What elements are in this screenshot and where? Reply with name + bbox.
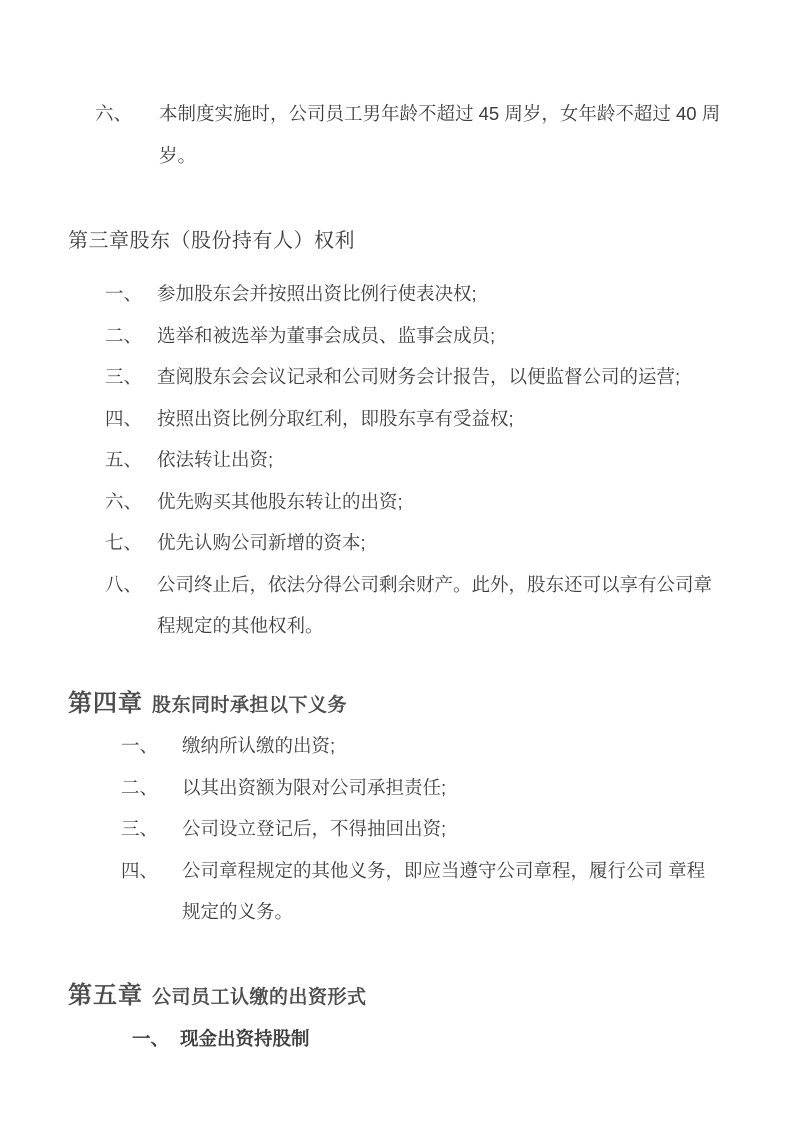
list-item: 三、 查阅股东会会议记录和公司财务会计报告，以便监督公司的运营; [157,356,725,398]
list-item-number: 二、 [121,767,158,809]
list-item: 一、 缴纳所认缴的出资; [182,725,714,767]
list-item: 六、 优先购买其他股东转让的出资; [157,481,725,523]
list-item: 一、 现金出资持股制 [180,1018,600,1060]
list-item: 四、 按照出资比例分取红利，即股东享有受益权; [157,398,725,440]
list-item-number: 六、 [105,481,142,523]
list-item: 七、 优先认购公司新增的资本; [157,522,725,564]
list-item-number: 四、 [105,398,142,440]
list-item-text: 本制度实施时，公司员工男年龄不超过 45 周岁，女年龄不超过 40 周岁。 [159,103,720,166]
list-item: 二、 选举和被选举为董事会成员、监事会成员; [157,315,725,357]
chapter5-list: 一、 现金出资持股制 [180,1018,600,1060]
chapter3-list: 一、 参加股东会并按照出资比例行使表决权; 二、 选举和被选举为董事会成员、监事… [157,273,725,647]
list-item-text: 参加股东会并按照出资比例行使表决权; [157,283,477,304]
document-page: 六、 本制度实施时，公司员工男年龄不超过 45 周岁，女年龄不超过 40 周岁。… [0,0,793,1122]
list-item-number: 一、 [132,1018,169,1060]
chapter5-heading: 第五章 公司员工认缴的出资形式 [68,975,367,1010]
list-item-text: 以其出资额为限对公司承担责任; [182,777,446,798]
list-item-number: 五、 [105,439,142,481]
chapter4-title: 股东同时承担以下义务 [152,690,347,717]
chapter4-heading: 第四章 股东同时承担以下义务 [68,683,347,718]
list-item-text: 缴纳所认缴的出资; [182,735,335,756]
list-item: 一、 参加股东会并按照出资比例行使表决权; [157,273,725,315]
chapter5-title: 公司员工认缴的出资形式 [152,982,367,1009]
list-item-text: 公司终止后，依法分得公司剩余财产。此外，股东还可以享有公司章程规定的其他权利。 [157,574,712,637]
list-item-number: 一、 [105,273,142,315]
list-item-number: 七、 [105,522,142,564]
list-item-text: 选举和被选举为董事会成员、监事会成员; [157,325,495,346]
chapter4-number: 第四章 [68,683,143,718]
list-item-number: 一、 [121,725,158,767]
list-item: 三、 公司设立登记后，不得抽回出资; [182,808,714,850]
list-item-text: 现金出资持股制 [180,1028,310,1049]
list-item-number: 四、 [121,850,158,892]
chapter5-number: 第五章 [68,975,143,1010]
chapter3-heading: 第三章股东（股份持有人）权利 [68,229,355,253]
list-item-text: 查阅股东会会议记录和公司财务会计报告，以便监督公司的运营; [157,366,680,387]
chapter4-list: 一、 缴纳所认缴的出资; 二、 以其出资额为限对公司承担责任; 三、 公司设立登… [182,725,714,933]
list-item-number: 六、 [95,93,132,135]
list-item-text: 公司章程规定的其他义务，即应当遵守公司章程，履行公司 章程规定的义务。 [182,860,705,923]
list-item-text: 公司设立登记后，不得抽回出资; [182,818,446,839]
list-item-text: 优先购买其他股东转让的出资; [157,491,403,512]
list-item: 四、 公司章程规定的其他义务，即应当遵守公司章程，履行公司 章程规定的义务。 [182,850,714,933]
list-item-number: 八、 [105,564,142,606]
list-item-number: 三、 [121,808,158,850]
list-item: 五、 依法转让出资; [157,439,725,481]
list-item-number: 二、 [105,315,142,357]
list-item-text: 按照出资比例分取红利，即股东享有受益权; [157,408,514,429]
list-item-six: 六、 本制度实施时，公司员工男年龄不超过 45 周岁，女年龄不超过 40 周岁。 [159,93,727,176]
list-item-text: 依法转让出资; [157,449,273,470]
list-item: 八、 公司终止后，依法分得公司剩余财产。此外，股东还可以享有公司章程规定的其他权… [157,564,725,647]
list-item-text: 优先认购公司新增的资本; [157,532,366,553]
list-item-number: 三、 [105,356,142,398]
list-item: 二、 以其出资额为限对公司承担责任; [182,767,714,809]
